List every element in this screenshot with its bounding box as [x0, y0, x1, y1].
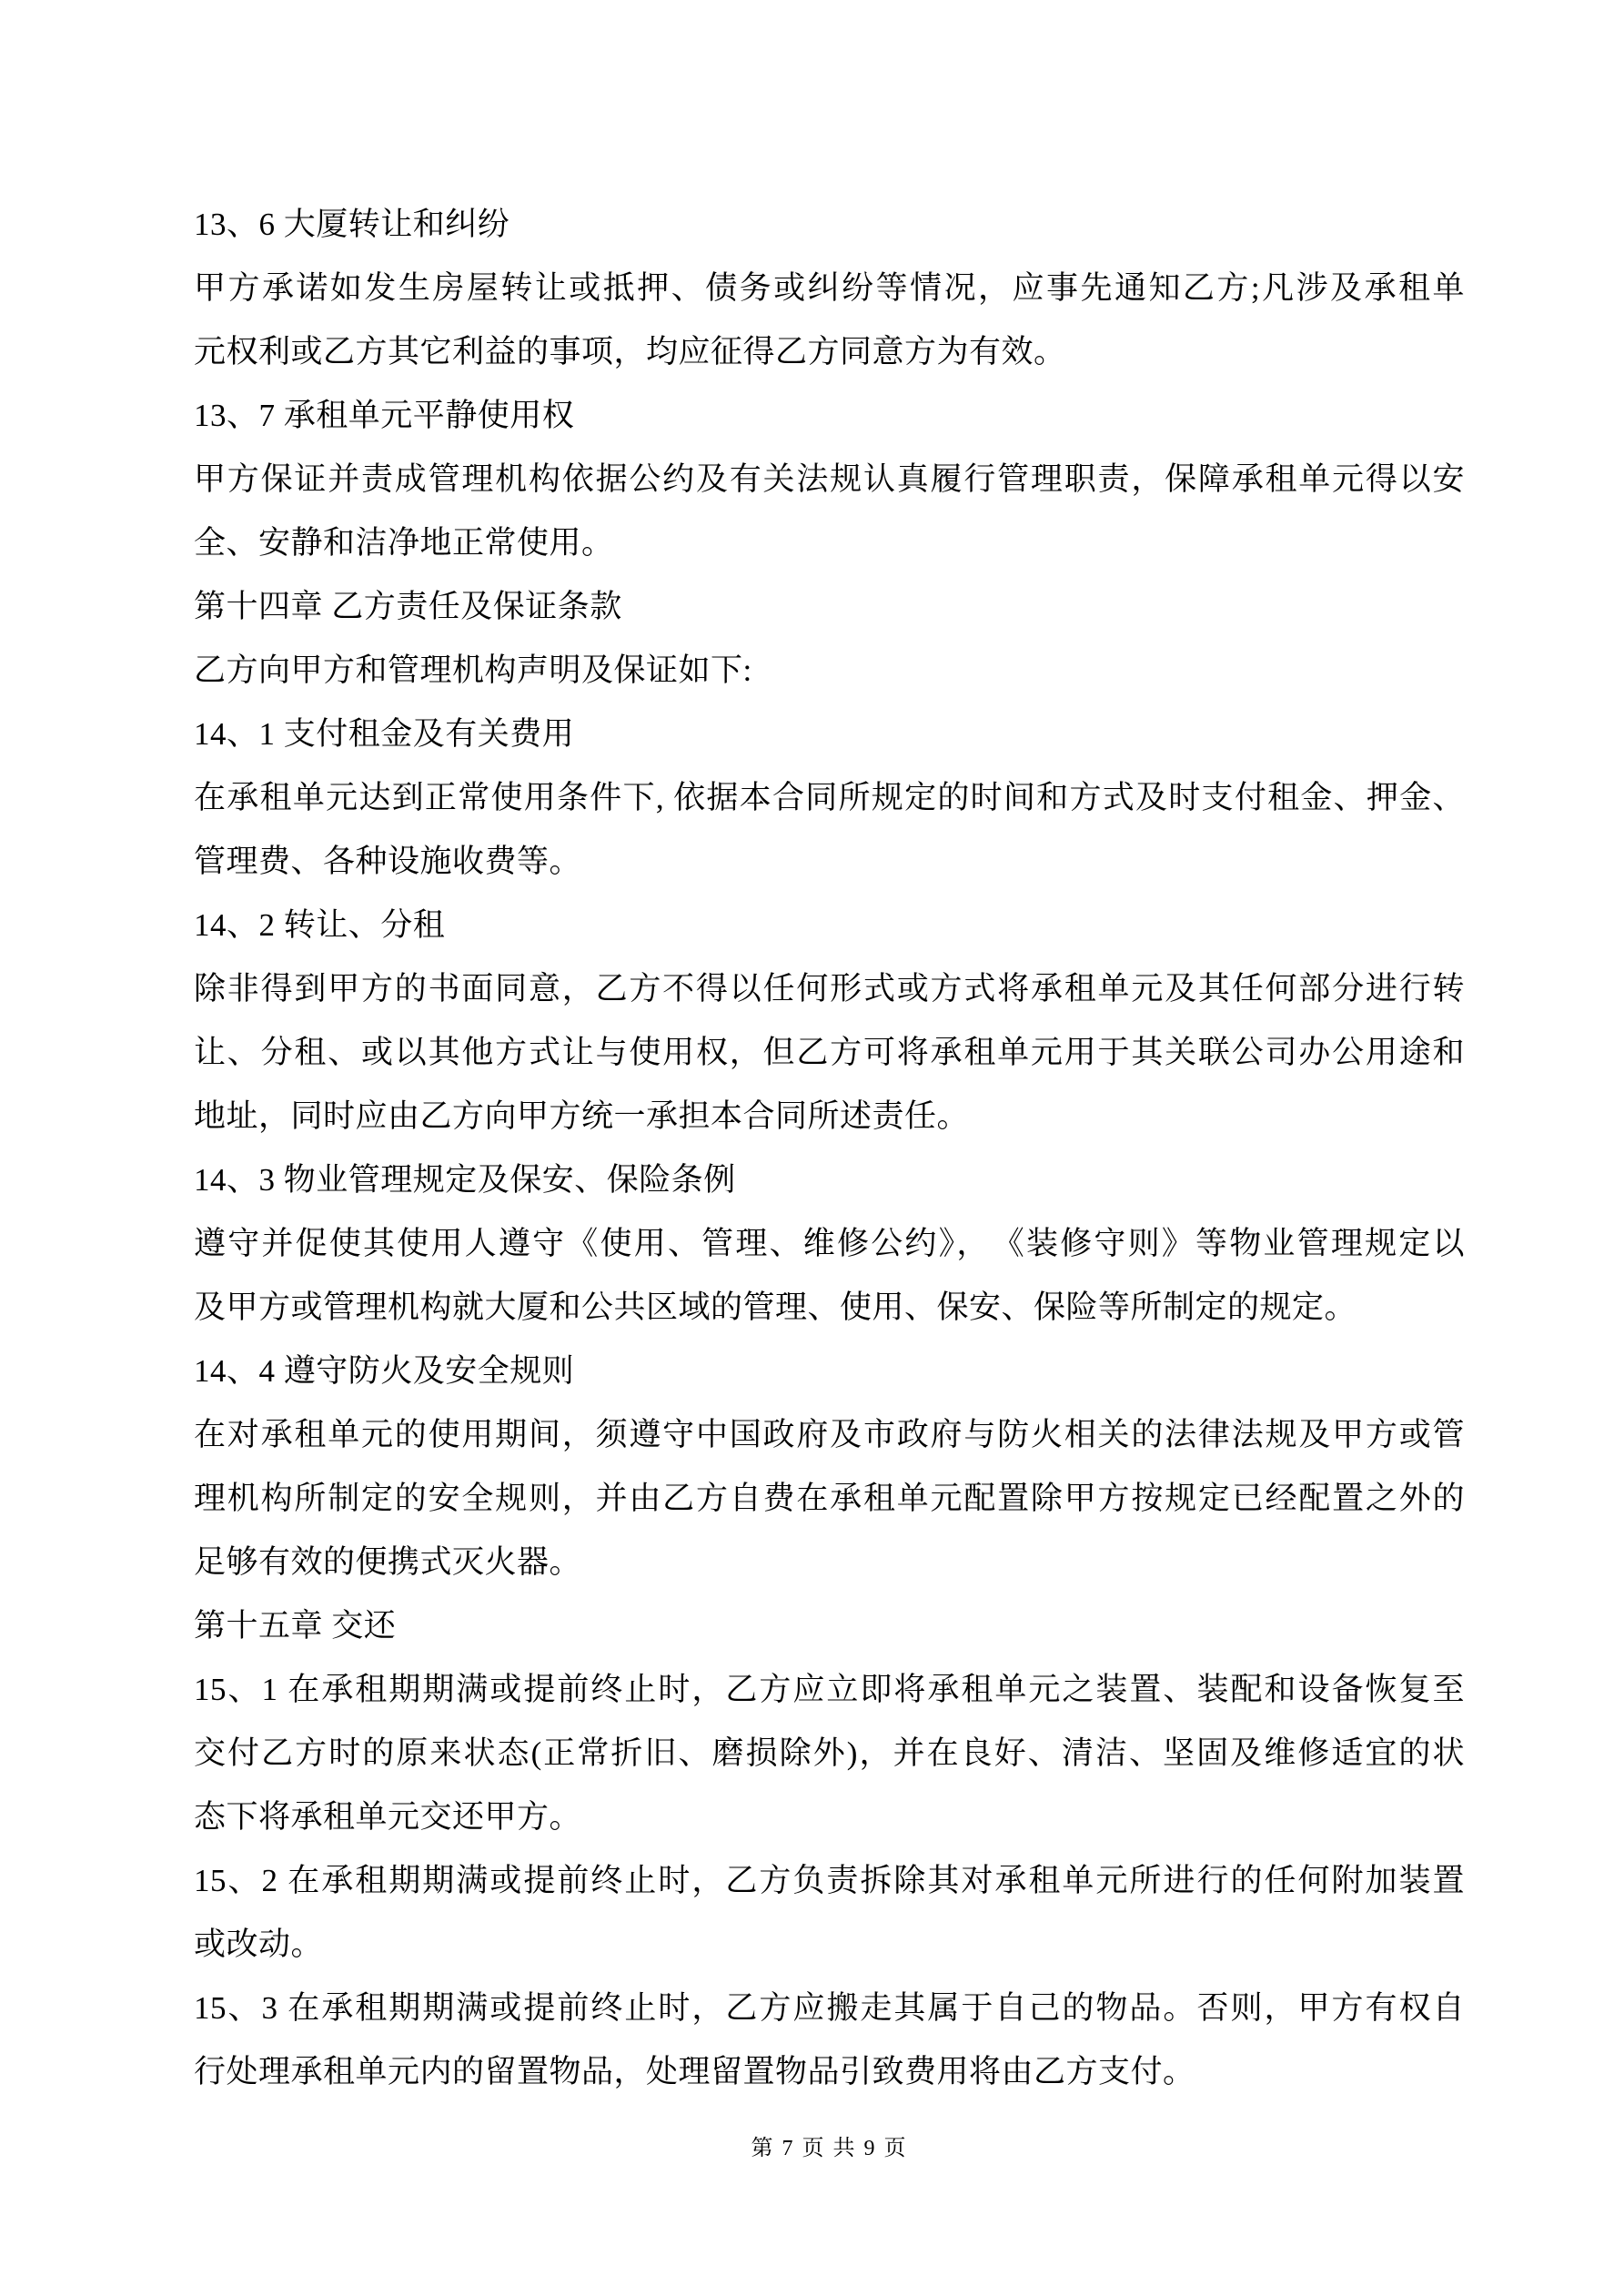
paragraph-line: 交付乙方时的原来状态(正常折旧、磨损除外)，并在良好、清洁、坚固及维修适宜的状	[194, 1722, 1465, 1785]
paragraph-line: 管理费、各种设施收费等。	[194, 830, 1465, 894]
paragraph-line: 15、1 在承租期期满或提前终止时，乙方应立即将承租单元之装置、装配和设备恢复至	[194, 1658, 1465, 1722]
paragraph-line: 全、安静和洁净地正常使用。	[194, 511, 1465, 575]
contract-page: 13、6 大厦转让和纠纷 甲方承诺如发生房屋转让或抵押、债务或纠纷等情况，应事先…	[0, 0, 1624, 2296]
paragraph-line: 除非得到甲方的书面同意，乙方不得以任何形式或方式将承租单元及其任何部分进行转	[194, 957, 1465, 1021]
clause-heading: 13、6 大厦转让和纠纷	[194, 193, 1465, 257]
paragraph-line: 行处理承租单元内的留置物品，处理留置物品引致费用将由乙方支付。	[194, 2040, 1465, 2104]
paragraph-line: 在承租单元达到正常使用条件下, 依据本合同所规定的时间和方式及时支付租金、押金、	[194, 766, 1465, 830]
chapter-heading: 第十四章 乙方责任及保证条款	[194, 575, 1465, 639]
paragraph-line: 地址，同时应由乙方向甲方统一承担本合同所述责任。	[194, 1085, 1465, 1148]
paragraph-line: 足够有效的便携式灭火器。	[194, 1531, 1465, 1594]
chapter-heading: 第十五章 交还	[194, 1594, 1465, 1658]
clause-heading: 14、3 物业管理规定及保安、保险条例	[194, 1148, 1465, 1212]
paragraph-line: 15、2 在承租期期满或提前终止时，乙方负责拆除其对承租单元所进行的任何附加装置	[194, 1849, 1465, 1913]
clause-heading: 14、2 转让、分租	[194, 894, 1465, 957]
paragraph-line: 理机构所制定的安全规则，并由乙方自费在承租单元配置除甲方按规定已经配置之外的	[194, 1467, 1465, 1531]
paragraph-line: 或改动。	[194, 1913, 1465, 1977]
paragraph-line: 元权利或乙方其它利益的事项，均应征得乙方同意方为有效。	[194, 320, 1465, 384]
paragraph-line: 态下将承租单元交还甲方。	[194, 1785, 1465, 1849]
paragraph-line: 乙方向甲方和管理机构声明及保证如下:	[194, 639, 1465, 703]
paragraph-line: 15、3 在承租期期满或提前终止时，乙方应搬走其属于自己的物品。否则，甲方有权自	[194, 1977, 1465, 2040]
paragraph-line: 在对承租单元的使用期间，须遵守中国政府及市政府与防火相关的法律法规及甲方或管	[194, 1403, 1465, 1467]
paragraph-line: 遵守并促使其使用人遵守《使用、管理、维修公约》， 《装修守则》等物业管理规定以	[194, 1212, 1465, 1276]
paragraph-line: 及甲方或管理机构就大厦和公共区域的管理、使用、保安、保险等所制定的规定。	[194, 1276, 1465, 1340]
paragraph-line: 甲方承诺如发生房屋转让或抵押、债务或纠纷等情况，应事先通知乙方;凡涉及承租单	[194, 257, 1465, 320]
paragraph-line: 让、分租、或以其他方式让与使用权，但乙方可将承租单元用于其关联公司办公用途和	[194, 1021, 1465, 1085]
clause-heading: 13、7 承租单元平静使用权	[194, 384, 1465, 448]
clause-heading: 14、4 遵守防火及安全规则	[194, 1340, 1465, 1403]
paragraph-line: 甲方保证并责成管理机构依据公约及有关法规认真履行管理职责，保障承租单元得以安	[194, 448, 1465, 511]
clause-heading: 14、1 支付租金及有关费用	[194, 703, 1465, 766]
page-footer: 第 7 页 共 9 页	[194, 2135, 1465, 2162]
